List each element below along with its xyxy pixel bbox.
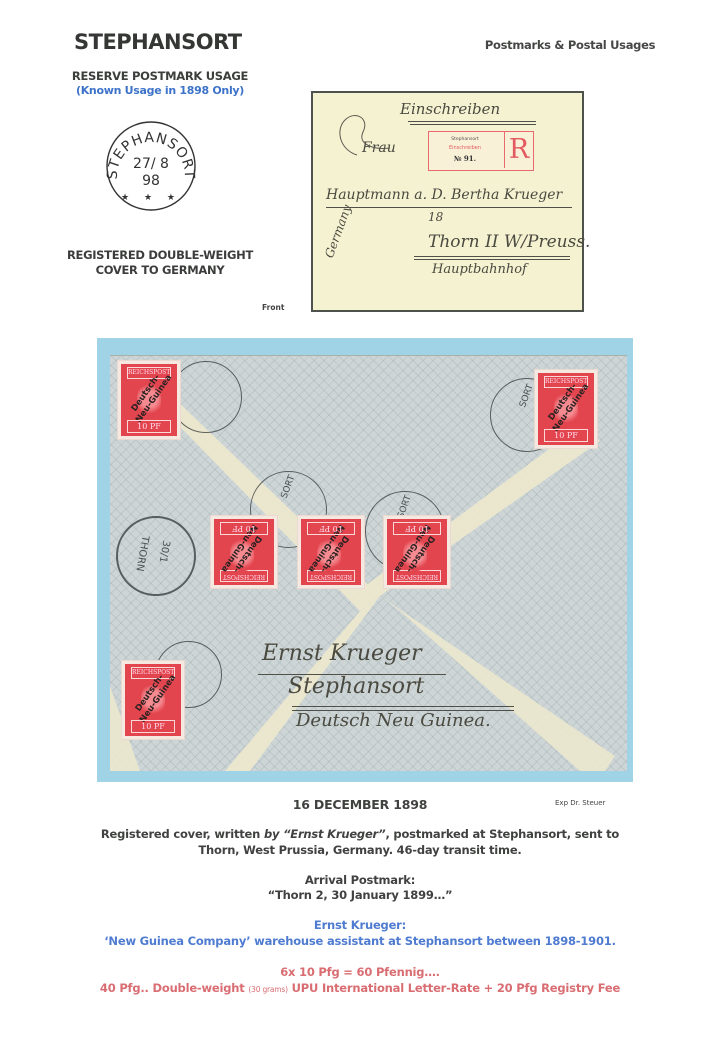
sender-name: Ernst Krueger [262, 641, 422, 666]
cover-description: REGISTERED DOUBLE-WEIGHT COVER TO GERMAN… [55, 248, 265, 278]
arrival-heading: Arrival Postmark: [60, 873, 660, 887]
page-title: STEPHANSORT [74, 30, 242, 54]
description: Registered cover, written by “Ernst Krue… [60, 827, 660, 841]
underline [410, 124, 536, 125]
description-line2: Thorn, West Prussia, Germany. 46-day tra… [60, 843, 660, 857]
stamp: REICHSPOST Deutsch-Neu-Guinea 10 PF [122, 661, 184, 739]
back-cover-image: SORT SORT SORT THORN 30/1 REICHSPOST Deu… [110, 355, 627, 771]
postmark-date: 27/ 8 [133, 156, 169, 172]
underline [408, 121, 536, 122]
postmark-illustration: STEPHANSORT 27/ 8 98 ★ ★ ★ [103, 118, 199, 214]
thorn-arrival-cancel: THORN 30/1 [116, 516, 196, 596]
sender-country: Deutsch Neu Guinea. [296, 710, 491, 731]
krueger-heading: Ernst Krueger: [60, 918, 660, 932]
front-label: Front [262, 303, 284, 312]
postmark-stars: ★ ★ ★ [121, 193, 181, 203]
reserve-subheading: (Known Usage in 1898 Only) [60, 84, 260, 97]
addressee-text: Hauptmann a. D. Bertha Krueger [326, 187, 562, 203]
underline [292, 706, 514, 707]
flourish [335, 110, 395, 160]
underline [414, 259, 570, 260]
sender-place: Stephansort [288, 674, 424, 699]
cover-description-line2: COVER TO GERMANY [55, 263, 265, 278]
rate-line2: 40 Pfg.. Double-weight (30 grams) UPU In… [60, 981, 660, 995]
street-text: Hauptbahnhof [432, 262, 527, 277]
einschreiben-text: Einschreiben [400, 100, 500, 118]
registration-number: № 91. [433, 154, 497, 163]
registration-label: Stephansort Einschreiben № 91. R [428, 131, 534, 171]
stamp: REICHSPOST Deutsch-Neu-Guinea 10 PF [118, 361, 180, 439]
arrival-value: “Thorn 2, 30 January 1899…” [60, 888, 660, 902]
stamp: REICHSPOST Deutsch-Neu-Guinea 10 PF [384, 516, 450, 588]
registration-letter: R [504, 132, 533, 168]
city-text: Thorn II W/Preuss. [428, 232, 590, 252]
rate-line1: 6x 10 Pfg = 60 Pfennig…. [60, 965, 660, 979]
exhibitor-credit: Exp Dr. Steuer [555, 799, 605, 807]
registration-type: Einschreiben [433, 145, 497, 151]
house-number: 18 [428, 210, 443, 224]
underline [414, 256, 570, 257]
reserve-heading: RESERVE POSTMARK USAGE [60, 69, 260, 83]
stephansort-cancel [170, 361, 242, 433]
postmark-year: 98 [142, 173, 160, 189]
registration-office: Stephansort [433, 137, 497, 142]
section-title: Postmarks & Postal Usages [470, 38, 670, 52]
krueger-detail: ‘New Guinea Company’ warehouse assistant… [60, 934, 660, 948]
stamp: REICHSPOST Deutsch-Neu-Guinea 10 PF [298, 516, 364, 588]
cover-description-line1: REGISTERED DOUBLE-WEIGHT [55, 248, 265, 263]
stamp: REICHSPOST Deutsch-Neu-Guinea 10 PF [211, 516, 277, 588]
stamp: REICHSPOST Deutsch-Neu-Guinea 10 PF [535, 370, 597, 448]
underline [326, 207, 572, 208]
